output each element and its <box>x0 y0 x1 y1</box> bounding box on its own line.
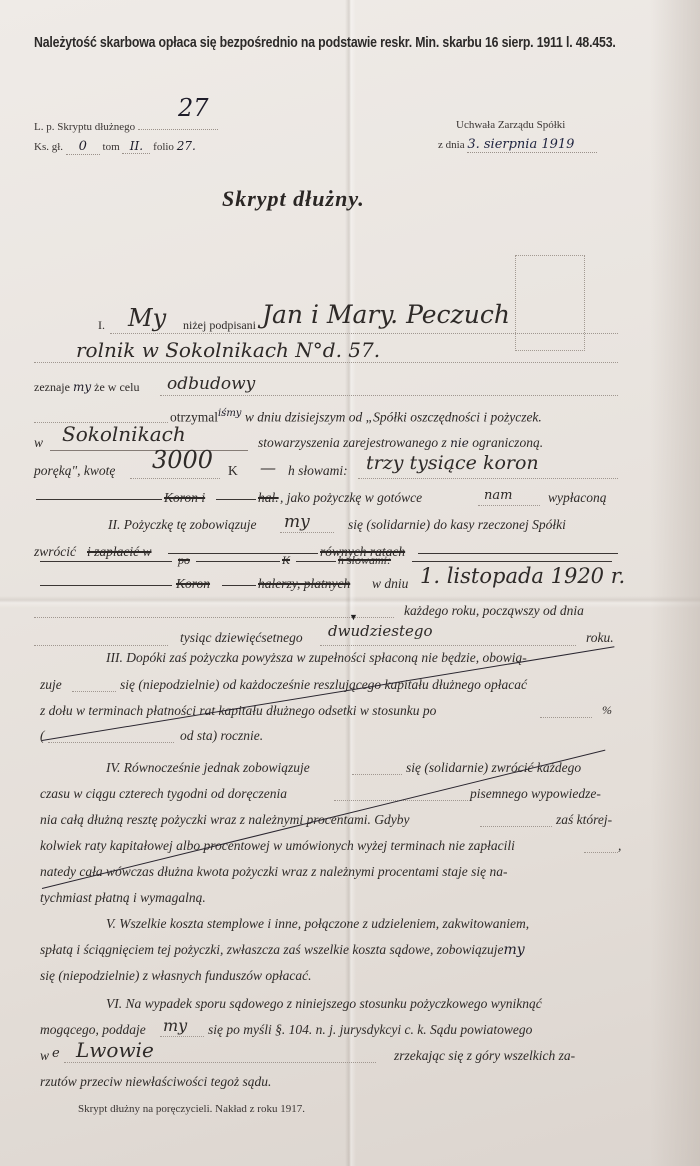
strike-line <box>222 585 256 586</box>
strike-line <box>40 585 172 586</box>
text-hal: hal. <box>258 490 279 506</box>
hw-my-2: my <box>284 512 310 532</box>
text-thousand: tysiąc dziewięćsetnego <box>180 630 303 646</box>
lp-value: 27 <box>178 94 209 122</box>
text-koron-i: Koron i <box>164 490 205 506</box>
date-label: z dnia <box>438 139 465 151</box>
text-in: w <box>34 435 43 451</box>
section-3-line-4b: od sta) rocznie. <box>180 728 263 744</box>
dotline <box>584 852 618 853</box>
resolution-label: Uchwała Zarządu Spółki <box>456 119 565 131</box>
section-2-intro: II. Pożyczkę tę zobowiązuje <box>108 517 256 533</box>
section-6-line-3b: zrzekając się z góry wszelkich za- <box>394 1048 575 1064</box>
hw-received-suffix: iśmy <box>218 408 241 419</box>
tom-value: II. <box>122 139 150 154</box>
ks-value: 0 <box>66 139 100 155</box>
text-h-words-2: h słowami: <box>338 553 391 568</box>
strike-line <box>168 553 318 554</box>
hw-we: My <box>128 304 166 332</box>
section-5-line-3: się (niepodzielnie) z własnych funduszów… <box>40 968 311 984</box>
dotline <box>34 362 618 363</box>
document-page: Należytość skarbowa opłaca się bezpośred… <box>0 0 700 1166</box>
dotline <box>48 742 174 743</box>
text-each-year: każdego roku, począwszy od dnia <box>404 603 584 619</box>
dotline <box>480 826 552 827</box>
tom-label: tom <box>103 141 120 153</box>
text-loan-cash: , jako pożyczkę w gotówce <box>280 490 422 506</box>
ks-line: Ks. gł. 0 tom II. folio 27. <box>34 139 196 155</box>
section-4-line-1a: IV. Równocześnie jednak zobowiązuje <box>106 760 310 776</box>
section-5-line-2-text: spłatą i ściągnięciem tej pożyczki, zwła… <box>40 942 503 957</box>
dotline <box>110 333 618 334</box>
text-year: roku. <box>586 630 614 646</box>
resolution-date: z dnia 3. sierpnia 1919 <box>438 137 597 153</box>
hw-year: dwudziestego <box>328 622 433 640</box>
section-4-line-6: tychmiast płatną i wymagalną. <box>40 890 206 906</box>
section-4-line-4b: , <box>618 838 621 854</box>
lp-label-text: L. p. Skryptu dłużnego <box>34 121 135 133</box>
section-3-line-3: z dołu w terminach płatności rat kapitał… <box>40 703 436 719</box>
section-3-line-4a: ( <box>40 728 45 744</box>
section-4-line-2b: pisemnego wypowiedze- <box>470 786 601 802</box>
section-4-line-4a: kolwiek raty kapitałowej albo procentowe… <box>40 838 515 854</box>
hw-amount: 3000 <box>152 446 213 474</box>
text-halerzy: halerzy, płatnych <box>258 576 350 592</box>
hw-words: trzy tysiące koron <box>366 452 539 474</box>
dotline <box>160 1036 204 1037</box>
text-koron: Koron <box>176 576 210 592</box>
text-declare: zeznaje my że w celu <box>34 380 139 395</box>
section-5-line-2: spłatą i ściągnięciem tej pożyczki, zwła… <box>40 942 525 958</box>
dotline <box>358 478 618 479</box>
hw-court: Lwowie <box>76 1038 154 1062</box>
text-assoc-a: stowarzyszenia zarejestrowanego z <box>258 435 447 450</box>
strike-line <box>418 553 618 554</box>
hw-e: e <box>52 1046 60 1061</box>
text-on-day: w dniu <box>372 576 408 592</box>
text-declare-word: zeznaje <box>34 380 70 394</box>
strike-line <box>196 561 280 562</box>
text-k: K <box>228 463 238 479</box>
section-6-line-1: VI. Na wypadek sporu sądowego z niniejsz… <box>106 996 542 1012</box>
hw-names: Jan i Mary. Peczuch <box>262 300 510 329</box>
text-pay-struck: i zapłacić w <box>87 544 152 560</box>
lp-label: L. p. Skryptu dłużnego <box>34 121 218 133</box>
hw-nie: nie <box>450 436 469 450</box>
section-2-text-a: Pożyczkę tę zobowiązuje <box>124 517 257 532</box>
section-2-text-b: się (solidarnie) do kasy rzeczonej Spółk… <box>348 517 566 533</box>
text-k-2: K <box>282 553 290 568</box>
dotline <box>64 1062 376 1063</box>
hw-my: my <box>73 380 91 394</box>
lp-dotline <box>138 129 218 130</box>
hw-my-5: my <box>503 942 524 958</box>
text-amount: poręką", kwotę <box>34 463 115 479</box>
text-received: otrzymaliśmy w dniu dzisiejszym od „Spół… <box>170 408 542 426</box>
dotline <box>540 717 592 718</box>
text-assoc-b: ograniczoną. <box>472 435 543 450</box>
text-purpose: że w celu <box>94 380 139 394</box>
section-6-line-3-w: w <box>40 1048 49 1064</box>
fold-arrow-icon: ▼ <box>349 612 358 622</box>
print-edition-note: Skrypt dłużny na poręczycieli. Nakład z … <box>78 1103 305 1115</box>
dotline <box>352 774 402 775</box>
strike-line <box>412 561 612 562</box>
dotline <box>130 478 220 479</box>
text-received-b: w dniu dzisiejszym od „Spółki oszczędnoś… <box>245 410 542 425</box>
document-title: Skrypt dłużny. <box>222 186 365 212</box>
section-6-line-4: rzutów przeciw niewłaściwości tegoż sądu… <box>40 1074 271 1090</box>
section-3-line-2a: zuje <box>40 677 62 693</box>
text-return: zwrócić <box>34 544 76 560</box>
hw-purpose: odbudowy <box>167 374 255 394</box>
section-4-line-2a: czasu w ciągu czterech tygodni od doręcz… <box>40 786 287 802</box>
stamp-box <box>515 255 585 351</box>
paper-edge-shadow <box>650 0 700 1166</box>
dotline <box>160 395 618 396</box>
strike-line <box>36 499 162 500</box>
section-2-number: II. <box>108 517 120 532</box>
text-po: po <box>178 553 190 568</box>
text-paid: wypłaconą <box>548 490 607 506</box>
tax-notice: Należytość skarbowa opłaca się bezpośred… <box>34 34 616 51</box>
hw-due-date: 1. listopada 1920 r. <box>420 564 625 588</box>
dotline <box>72 691 116 692</box>
section-4-line-3a: nia całą dłużną resztę pożyczki wraz z n… <box>40 812 409 828</box>
dotline <box>320 645 576 646</box>
date-value: 3. sierpnia 1919 <box>467 137 597 153</box>
hw-place: Sokolnikach <box>62 422 186 446</box>
text-h-words: h słowami: <box>288 463 348 479</box>
section-1-number: I. <box>98 318 105 333</box>
folio-value: 27. <box>177 139 196 153</box>
text-signed: niżej podpisani <box>183 318 256 333</box>
hw-dash: — <box>260 458 276 477</box>
strike-line <box>216 499 256 500</box>
hw-nam: nam <box>484 488 512 503</box>
hw-my-6: my <box>163 1016 187 1035</box>
section-5-line-1: V. Wszelkie koszta stemplowe i inne, poł… <box>106 916 529 932</box>
place-line <box>50 450 248 451</box>
dotline <box>34 645 168 646</box>
percent-sign: % <box>602 703 612 718</box>
section-3-line-1: III. Dopóki zaś pożyczka powyższa w zupe… <box>106 650 527 666</box>
section-6-line-2a: mogącego, poddaje <box>40 1022 146 1038</box>
dotline <box>280 532 334 533</box>
strike-line <box>40 561 172 562</box>
dotline <box>478 505 540 506</box>
ks-label: Ks. gł. <box>34 141 63 153</box>
folio-label: folio <box>153 141 174 153</box>
hw-address: rolnik w Sokolnikach N°d. 57. <box>76 338 380 362</box>
strike-line <box>296 561 336 562</box>
section-4-line-3b: zaś której- <box>556 812 612 828</box>
section-3-line-2b: się (niepodzielnie) od każdocześnie resz… <box>120 677 527 693</box>
text-assoc: stowarzyszenia zarejestrowanego z nie og… <box>258 435 543 451</box>
dotline <box>34 617 394 618</box>
section-6-line-2b: się po myśli §. 104. n. j. jurysdykcyi c… <box>208 1022 532 1038</box>
